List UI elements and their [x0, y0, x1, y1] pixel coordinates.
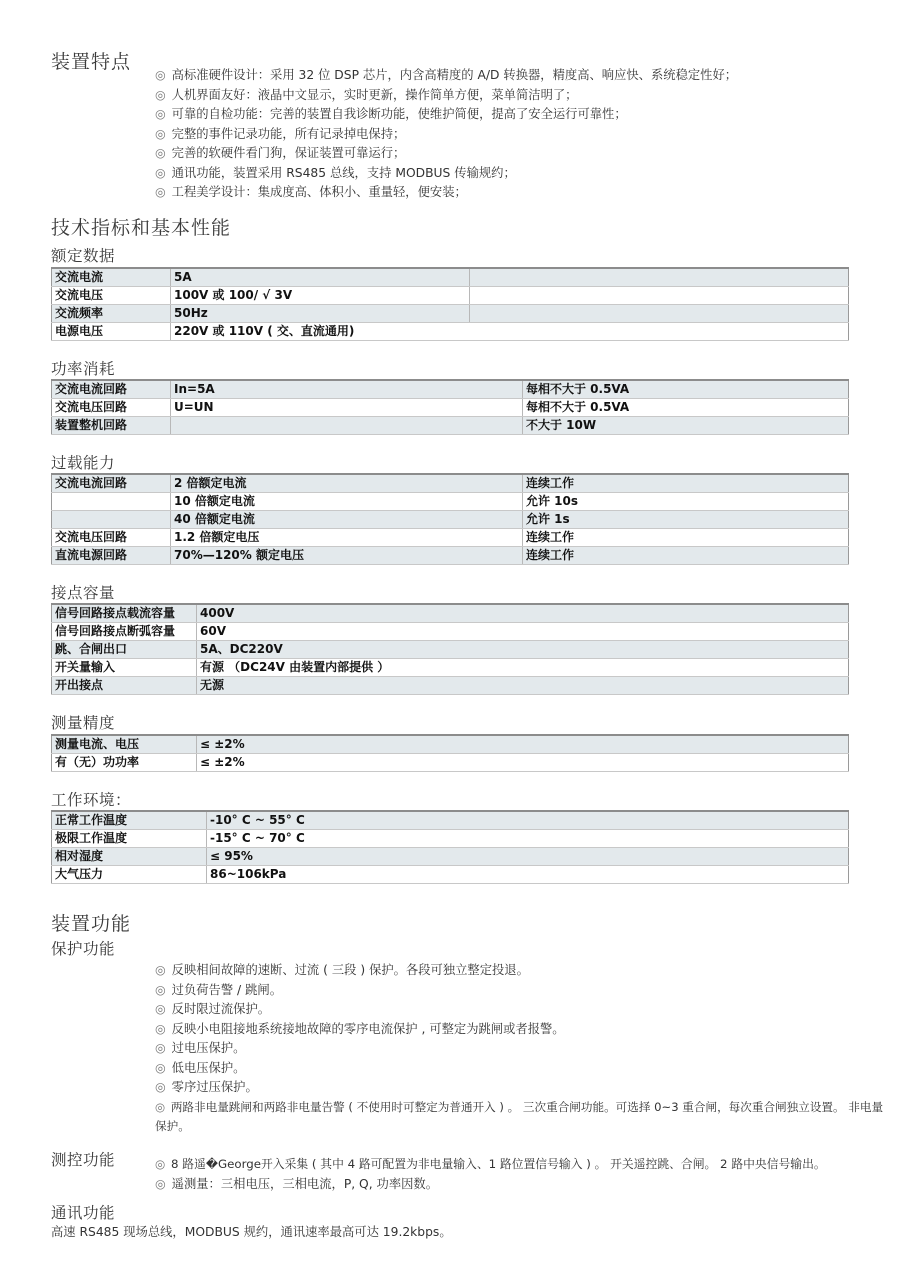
accuracy-table: 测量电流、电压 ≤ ±2% 有（无）功功率 ≤ ±2% [51, 734, 849, 772]
bullet-icon: ◎ [155, 1157, 165, 1171]
table-row: 开出接点 无源 [52, 677, 849, 695]
bullet-icon: ◎ [155, 88, 166, 102]
bullet-icon: ◎ [155, 1061, 166, 1075]
bullet-icon: ◎ [155, 983, 166, 997]
table-row: 测量电流、电压 ≤ ±2% [52, 735, 849, 754]
overload-table: 交流电流回路 2 倍额定电流 连续工作 10 倍额定电流 允许 10s 40 倍… [51, 473, 849, 565]
measure-control-list: ◎ 8 路遥�George开入采集 ( 其中 4 路可配置为非电量输入、1 路位… [155, 1155, 885, 1194]
subsection-title-rated-data: 额定数据 [51, 244, 115, 266]
table-row: 相对湿度 ≤ 95% [52, 848, 849, 866]
bullet-icon: ◎ [155, 1100, 165, 1114]
features-list: ◎ 高标准硬件设计：采用 32 位 DSP 芯片，内含高精度的 A/D 转换器，… [155, 66, 737, 203]
contact-capacity-table: 信号回路接点载流容量 400V 信号回路接点断弧容量 60V 跳、合闸出口 5A… [51, 603, 849, 695]
feature-item: ◎ 可靠的自检功能：完善的装置自我诊断功能，使维护简便，提高了安全运行可靠性； [155, 105, 737, 125]
table-row: 交流电压回路 1.2 倍额定电压 连续工作 [52, 529, 849, 547]
measure-control-item: ◎ 遥测量：三相电压，三相电流，P, Q, 功率因数。 [155, 1175, 885, 1195]
communication-text: 高速 RS485 现场总线，MODBUS 规约，通讯速率最高可达 19.2kbp… [51, 1223, 452, 1243]
measure-control-item: ◎ 8 路遥�George开入采集 ( 其中 4 路可配置为非电量输入、1 路位… [155, 1155, 885, 1175]
bullet-icon: ◎ [155, 146, 166, 160]
environment-table: 正常工作温度 -10° C ~ 55° C 极限工作温度 -15° C ~ 70… [51, 810, 849, 884]
bullet-icon: ◎ [155, 1041, 166, 1055]
bullet-icon: ◎ [155, 1080, 166, 1094]
bullet-icon: ◎ [155, 1002, 166, 1016]
protection-item: ◎ 过负荷告警 / 跳闸。 [155, 981, 885, 1001]
protection-item: ◎ 零序过压保护。 [155, 1078, 885, 1098]
table-row: 交流电流 5A [52, 268, 849, 287]
table-row: 极限工作温度 -15° C ~ 70° C [52, 830, 849, 848]
table-row: 开关量输入 有源 （DC24V 由装置内部提供 ） [52, 659, 849, 677]
section-title-functions: 装置功能 [51, 909, 131, 936]
subsection-title-communication: 通讯功能 [51, 1201, 115, 1223]
table-row: 40 倍额定电流 允许 1s [52, 511, 849, 529]
protection-item: ◎ 两路非电量跳闸和两路非电量告警 ( 不使用时可整定为普通开入 ) 。 三次重… [155, 1098, 885, 1137]
table-row: 交流频率 50Hz [52, 305, 849, 323]
table-row: 装置整机回路 不大于 10W [52, 417, 849, 435]
feature-item: ◎ 人机界面友好：液晶中文显示，实时更新，操作简单方便，菜单简洁明了； [155, 86, 737, 106]
table-row: 交流电压 100V 或 100/ √ 3V [52, 287, 849, 305]
protection-item: ◎ 反映相间故障的速断、过流 ( 三段 ) 保护。各段可独立整定投退。 [155, 961, 885, 981]
protection-item: ◎ 反映小电阻接地系统接地故障的零序电流保护 , 可整定为跳闸或者报警。 [155, 1020, 885, 1040]
table-row: 大气压力 86~106kPa [52, 866, 849, 884]
section-title-specs: 技术指标和基本性能 [51, 213, 231, 240]
protection-list: ◎ 反映相间故障的速断、过流 ( 三段 ) 保护。各段可独立整定投退。 ◎ 过负… [155, 961, 885, 1137]
subsection-title-overload: 过载能力 [51, 451, 115, 473]
table-row: 交流电流回路 In=5A 每相不大于 0.5VA [52, 380, 849, 399]
table-row: 电源电压 220V 或 110V ( 交、直流通用) [52, 323, 849, 341]
subsection-title-accuracy: 测量精度 [51, 711, 115, 733]
feature-item: ◎ 完善的软硬件看门狗，保证装置可靠运行； [155, 144, 737, 164]
protection-item: ◎ 低电压保护。 [155, 1059, 885, 1079]
feature-item: ◎ 工程美学设计：集成度高、体积小、重量轻，便安装； [155, 183, 737, 203]
feature-item: ◎ 高标准硬件设计：采用 32 位 DSP 芯片，内含高精度的 A/D 转换器，… [155, 66, 737, 86]
protection-item: ◎ 过电压保护。 [155, 1039, 885, 1059]
protection-item: ◎ 反时限过流保护。 [155, 1000, 885, 1020]
rated-data-table: 交流电流 5A 交流电压 100V 或 100/ √ 3V 交流频率 50Hz … [51, 267, 849, 341]
bullet-icon: ◎ [155, 1022, 166, 1036]
bullet-icon: ◎ [155, 185, 166, 199]
section-title-features: 装置特点 [51, 47, 131, 74]
bullet-icon: ◎ [155, 1177, 166, 1191]
table-row: 正常工作温度 -10° C ~ 55° C [52, 811, 849, 830]
subsection-title-environment: 工作环境： [51, 788, 131, 810]
table-row: 10 倍额定电流 允许 10s [52, 493, 849, 511]
table-row: 信号回路接点载流容量 400V [52, 604, 849, 623]
table-row: 信号回路接点断弧容量 60V [52, 623, 849, 641]
table-row: 跳、合闸出口 5A、DC220V [52, 641, 849, 659]
bullet-icon: ◎ [155, 127, 166, 141]
subsection-title-measure-control: 测控功能 [51, 1148, 115, 1170]
bullet-icon: ◎ [155, 68, 166, 82]
bullet-icon: ◎ [155, 963, 166, 977]
subsection-title-contact-capacity: 接点容量 [51, 581, 115, 603]
subsection-title-power-consumption: 功率消耗 [51, 357, 115, 379]
power-consumption-table: 交流电流回路 In=5A 每相不大于 0.5VA 交流电压回路 U=UN 每相不… [51, 379, 849, 435]
feature-item: ◎ 通讯功能，装置采用 RS485 总线，支持 MODBUS 传输规约； [155, 164, 737, 184]
table-row: 交流电压回路 U=UN 每相不大于 0.5VA [52, 399, 849, 417]
bullet-icon: ◎ [155, 107, 166, 121]
feature-item: ◎ 完整的事件记录功能，所有记录掉电保持； [155, 125, 737, 145]
bullet-icon: ◎ [155, 166, 166, 180]
table-row: 交流电流回路 2 倍额定电流 连续工作 [52, 474, 849, 493]
table-row: 直流电源回路 70%—120% 额定电压 连续工作 [52, 547, 849, 565]
table-row: 有（无）功功率 ≤ ±2% [52, 754, 849, 772]
subsection-title-protection: 保护功能 [51, 937, 115, 959]
